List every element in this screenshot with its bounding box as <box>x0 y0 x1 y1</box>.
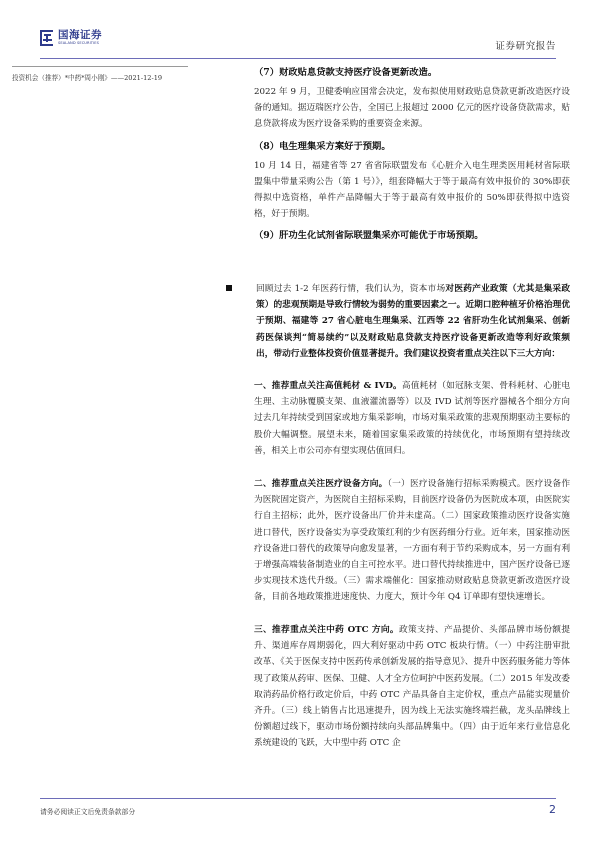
brand-name-cn: 国海证券 <box>58 30 102 41</box>
summary-lead: 回顾过去 1-2 年医药行情，我们认为，资本市场 <box>256 284 445 294</box>
section-7-body: 2022 年 9 月，卫健委响应国常会决定，发布拟使用财政贴息贷款更新改造医疗设… <box>254 84 570 133</box>
summary-bullet: 回顾过去 1-2 年医药行情，我们认为，资本市场对医药产业政策（尤其是集采政策）… <box>226 281 570 362</box>
brand-logo: 国海证券 SEALAND SECURITIES <box>40 30 102 46</box>
direction-2-heading: 二、推荐重点关注医疗设备方向。 <box>254 479 388 489</box>
direction-1-body: 高值耗材（如冠脉支架、骨科耗材、心脏电生理、主动脉覆膜支架、血液灌流器等）以及 … <box>254 381 570 456</box>
page-header: 国海证券 SEALAND SECURITIES 证券研究报告 <box>40 30 556 54</box>
sidebar-divider <box>12 66 188 67</box>
page-number: 2 <box>549 803 556 816</box>
direction-1: 一、推荐重点关注高值耗材 & IVD。高值耗材（如冠脉支架、骨科耗材、心脏电生理… <box>254 378 570 459</box>
direction-1-heading: 一、推荐重点关注高值耗材 & IVD。 <box>254 381 402 391</box>
section-8-heading: （8）电生理集采方案好于预期。 <box>254 140 570 154</box>
footer-divider <box>40 798 556 799</box>
report-type-label: 证券研究报告 <box>495 38 556 52</box>
direction-3-body: 政策支持、产品提价、头部品牌市场份额提升、渠道库存周期弱化，四大利好驱动中药 O… <box>254 625 570 748</box>
section-7-heading: （7）财政贴息贷款支持医疗设备更新改造。 <box>254 66 570 80</box>
direction-2-body: （一）医疗设备施行招标采购模式。医疗设备作为医院固定资产，为医院自主招标采购，目… <box>254 479 570 602</box>
summary-bold: 对医药产业政策（尤其是集采政策）的悲观预期是导致行情较为弱势的重要因素之一。近期… <box>256 284 570 359</box>
report-title: 投资机会（推荐）*中药*周小刚》——2021-12-19 <box>12 72 188 82</box>
sidebar: 投资机会（推荐）*中药*周小刚》——2021-12-19 <box>12 66 188 82</box>
brand-name-en: SEALAND SECURITIES <box>58 42 102 46</box>
direction-2: 二、推荐重点关注医疗设备方向。（一）医疗设备施行招标采购模式。医疗设备作为医院固… <box>254 476 570 606</box>
direction-3-heading: 三、推荐重点关注中药 OTC 方向。 <box>254 625 399 635</box>
section-9-heading: （9）肝功生化试剂省际联盟集采亦可能优于市场预期。 <box>254 229 570 243</box>
header-divider <box>40 58 556 59</box>
disclaimer-note: 请务必阅读正文后免责条款部分 <box>40 806 135 816</box>
sealand-logo-icon <box>40 30 53 46</box>
direction-3: 三、推荐重点关注中药 OTC 方向。政策支持、产品提价、头部品牌市场份额提升、渠… <box>254 622 570 752</box>
section-8-body: 10 月 14 日，福建省等 27 省省际联盟发布《心脏介入电生理类医用耗材省际… <box>254 158 570 223</box>
square-bullet-icon <box>226 285 232 291</box>
main-content: （7）财政贴息贷款支持医疗设备更新改造。 2022 年 9 月，卫健委响应国常会… <box>254 66 570 243</box>
